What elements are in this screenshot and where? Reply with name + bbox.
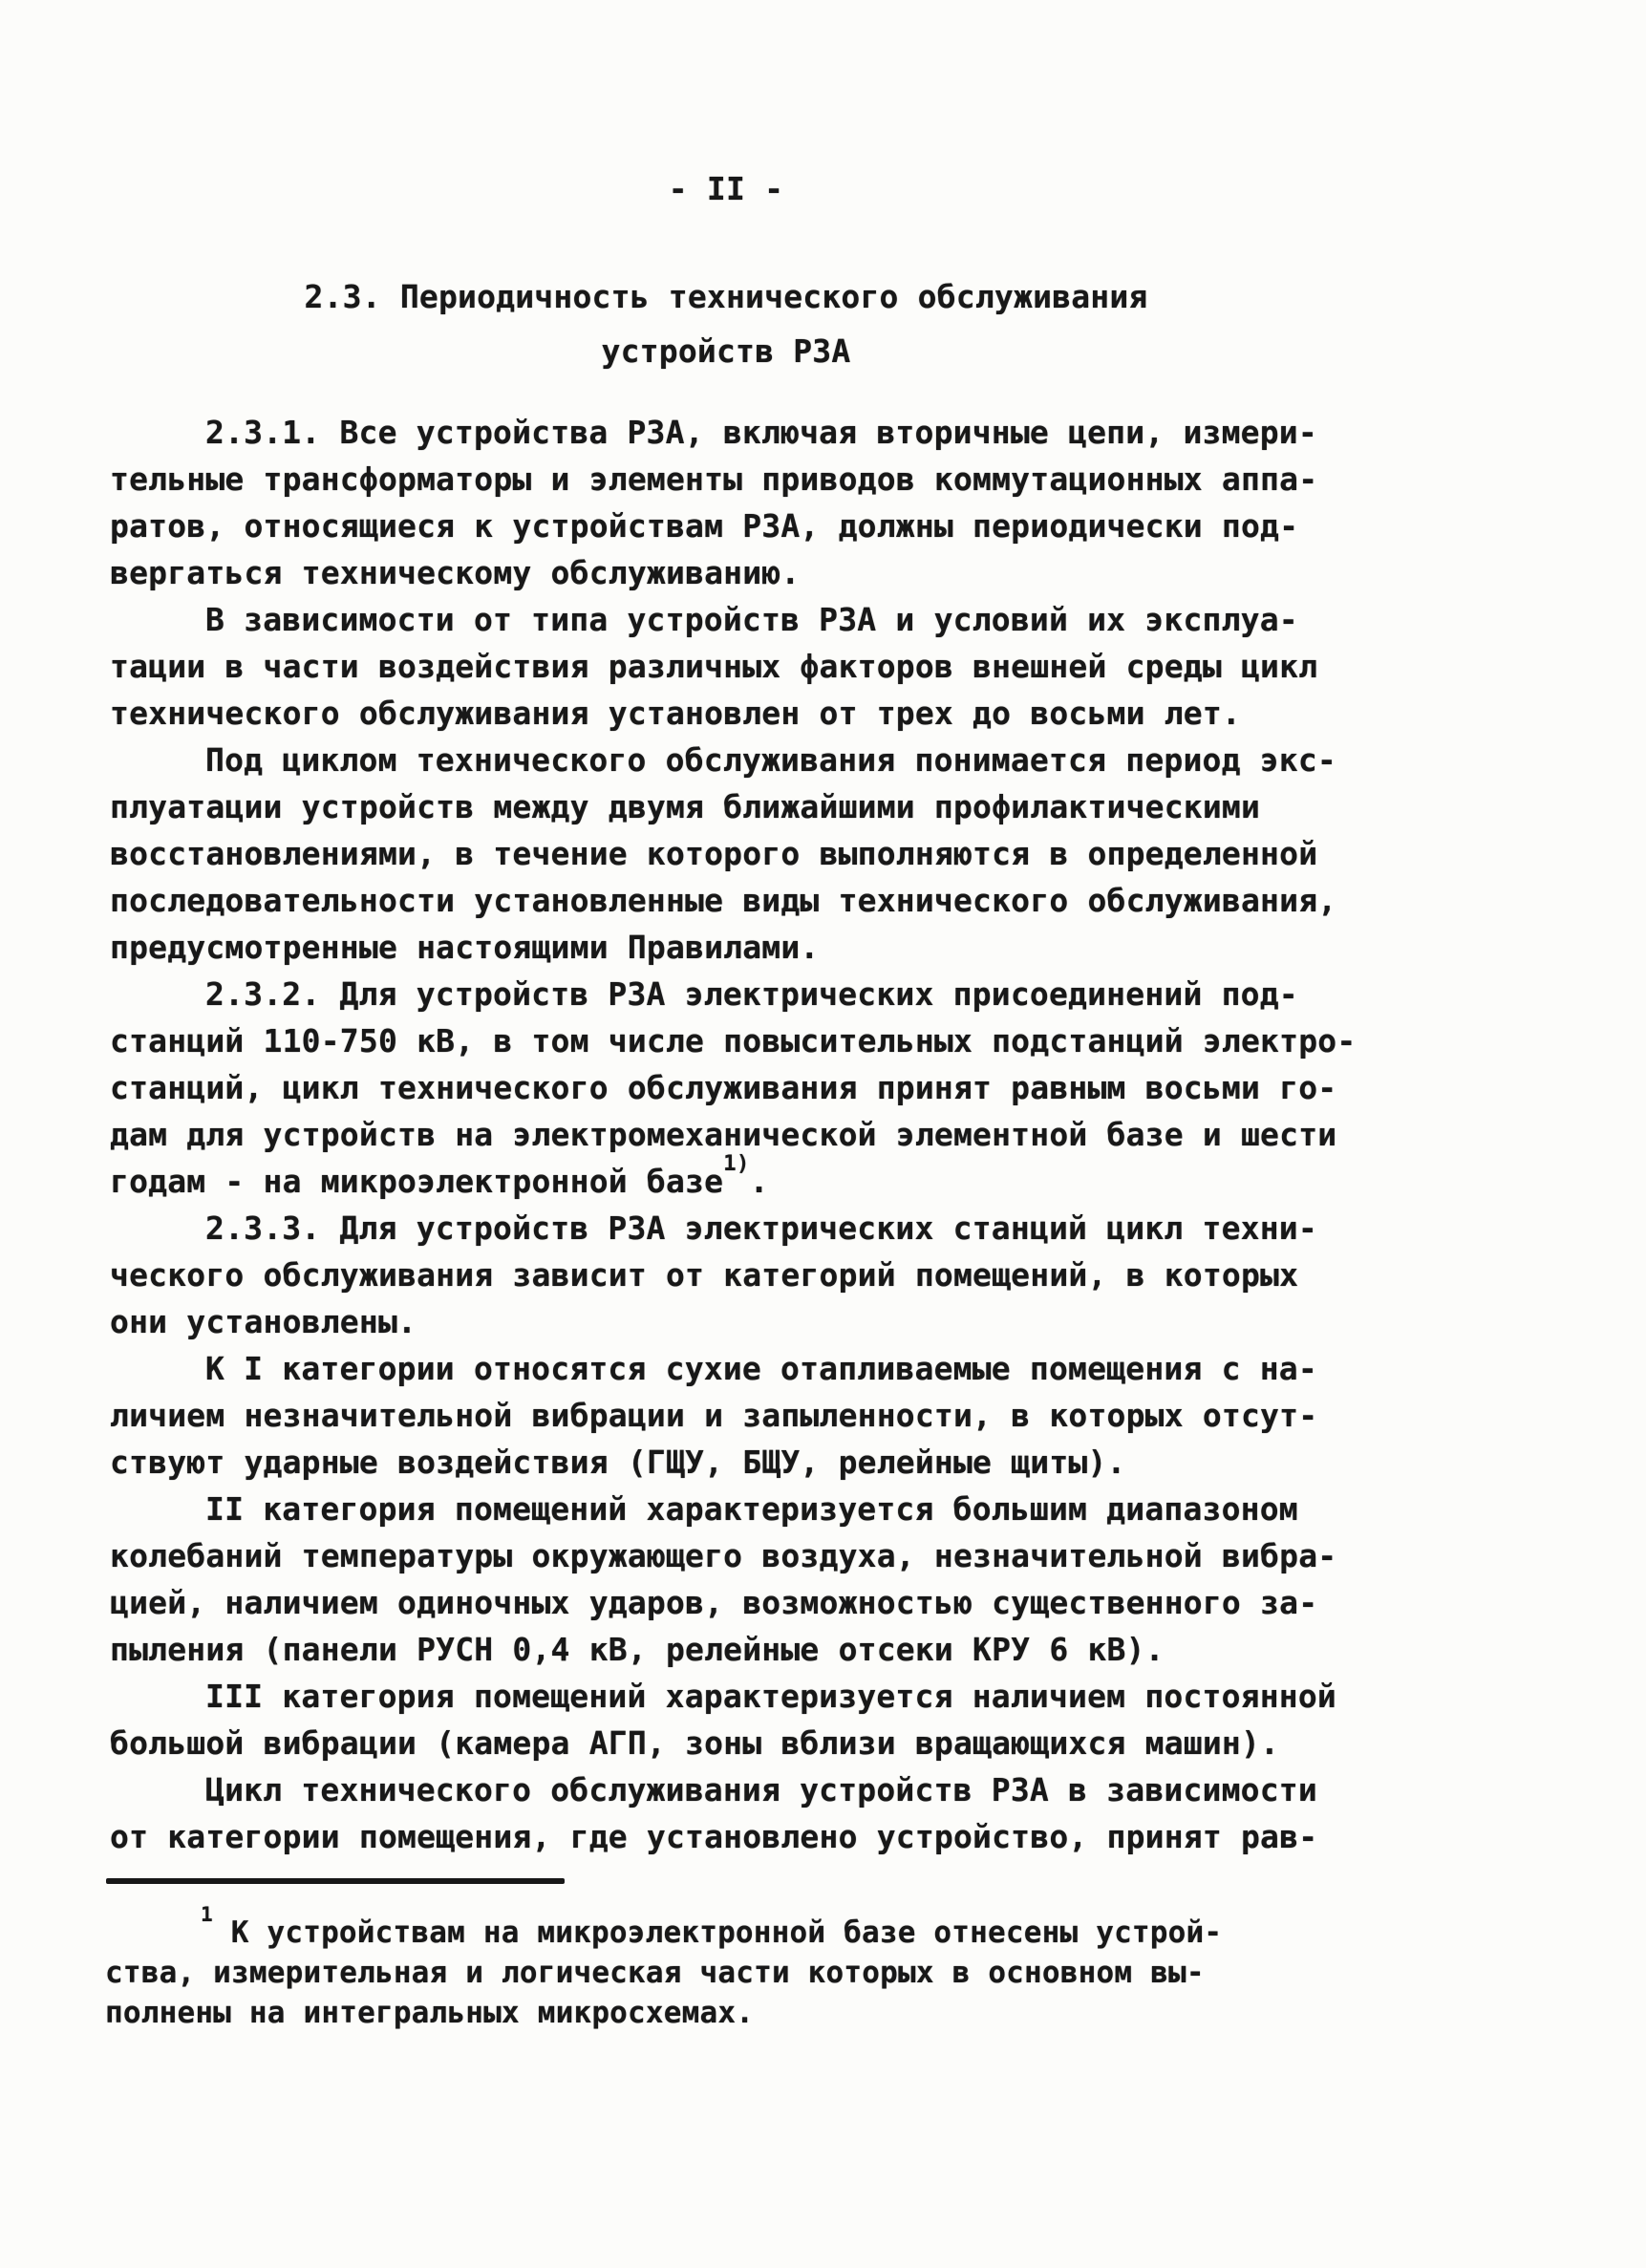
text-line: цией, наличием одиночных ударов, возможн… bbox=[110, 1579, 1466, 1626]
document-page: - II - 2.3. Периодичность технического о… bbox=[0, 0, 1646, 2268]
footnote-line: 1 К устройствам на микроэлектронной базе… bbox=[105, 1913, 1462, 1953]
text-line: дам для устройств на электромеханической… bbox=[110, 1111, 1466, 1158]
text-line: тельные трансформаторы и элементы привод… bbox=[110, 456, 1466, 503]
text-line: вергаться техническому обслуживанию. bbox=[110, 549, 1466, 596]
footnote-line: полнены на интегральных микросхемах. bbox=[105, 1993, 1462, 2033]
text-line: плуатации устройств между двумя ближайши… bbox=[110, 783, 1466, 830]
footnote-separator bbox=[106, 1878, 565, 1884]
text-line: Под циклом технического обслуживания пон… bbox=[110, 737, 1466, 783]
page-number: - II - bbox=[113, 172, 1339, 206]
text-line: восстановлениями, в течение которого вып… bbox=[110, 830, 1466, 877]
text-line: II категория помещений характеризуется б… bbox=[110, 1486, 1466, 1532]
text-line: годам - на микроэлектронной базе1). bbox=[110, 1158, 1466, 1205]
text-line: пыления (панели РУСН 0,4 кВ, релейные от… bbox=[110, 1626, 1466, 1673]
footnote-line: ства, измерительная и логическая части к… bbox=[105, 1953, 1462, 1993]
footnote: 1 К устройствам на микроэлектронной базе… bbox=[105, 1913, 1462, 2033]
text-line: предусмотренные настоящими Правилами. bbox=[110, 924, 1466, 971]
text-line: от категории помещения, где установлено … bbox=[110, 1813, 1466, 1860]
text-line: 2.3.2. Для устройств РЗА электрических п… bbox=[110, 971, 1466, 1017]
text-line: В зависимости от типа устройств РЗА и ус… bbox=[110, 596, 1466, 643]
footnote-line-text: К устройствам на микроэлектронной базе о… bbox=[213, 1915, 1222, 1950]
text-line: технического обслуживания установлен от … bbox=[110, 690, 1466, 737]
section-heading-line-2: устройств РЗА bbox=[113, 324, 1339, 378]
footnote-reference: 1) bbox=[723, 1151, 749, 1176]
text-line: ческого обслуживания зависит от категори… bbox=[110, 1252, 1466, 1298]
section-heading-line-1: 2.3. Периодичность технического обслужив… bbox=[113, 269, 1339, 324]
text-line: большой вибрации (камера АГП, зоны вблиз… bbox=[110, 1720, 1466, 1766]
text-line: последовательности установленные виды те… bbox=[110, 877, 1466, 924]
text-line: 2.3.3. Для устройств РЗА электрических с… bbox=[110, 1205, 1466, 1252]
section-heading: 2.3. Периодичность технического обслужив… bbox=[113, 269, 1339, 378]
text-line: тации в части воздействия различных факт… bbox=[110, 643, 1466, 690]
text-line: ратов, относящиеся к устройствам РЗА, до… bbox=[110, 503, 1466, 549]
text-line: станций 110-750 кВ, в том числе повысите… bbox=[110, 1017, 1466, 1064]
footnote-marker: 1 bbox=[201, 1902, 213, 1926]
text-line: колебаний температуры окружающего воздух… bbox=[110, 1532, 1466, 1579]
text-line: К I категории относятся сухие отапливаем… bbox=[110, 1345, 1466, 1392]
text-line: они установлены. bbox=[110, 1298, 1466, 1345]
body-text: 2.3.1. Все устройства РЗА, включая втори… bbox=[110, 409, 1466, 1860]
text-line: III категория помещений характеризуется … bbox=[110, 1673, 1466, 1720]
text-line: Цикл технического обслуживания устройств… bbox=[110, 1766, 1466, 1813]
text-line: личием незначительной вибрации и запылен… bbox=[110, 1392, 1466, 1439]
text-line: станций, цикл технического обслуживания … bbox=[110, 1064, 1466, 1111]
text-line: 2.3.1. Все устройства РЗА, включая втори… bbox=[110, 409, 1466, 456]
text-line: ствуют ударные воздействия (ГЩУ, БЩУ, ре… bbox=[110, 1439, 1466, 1486]
